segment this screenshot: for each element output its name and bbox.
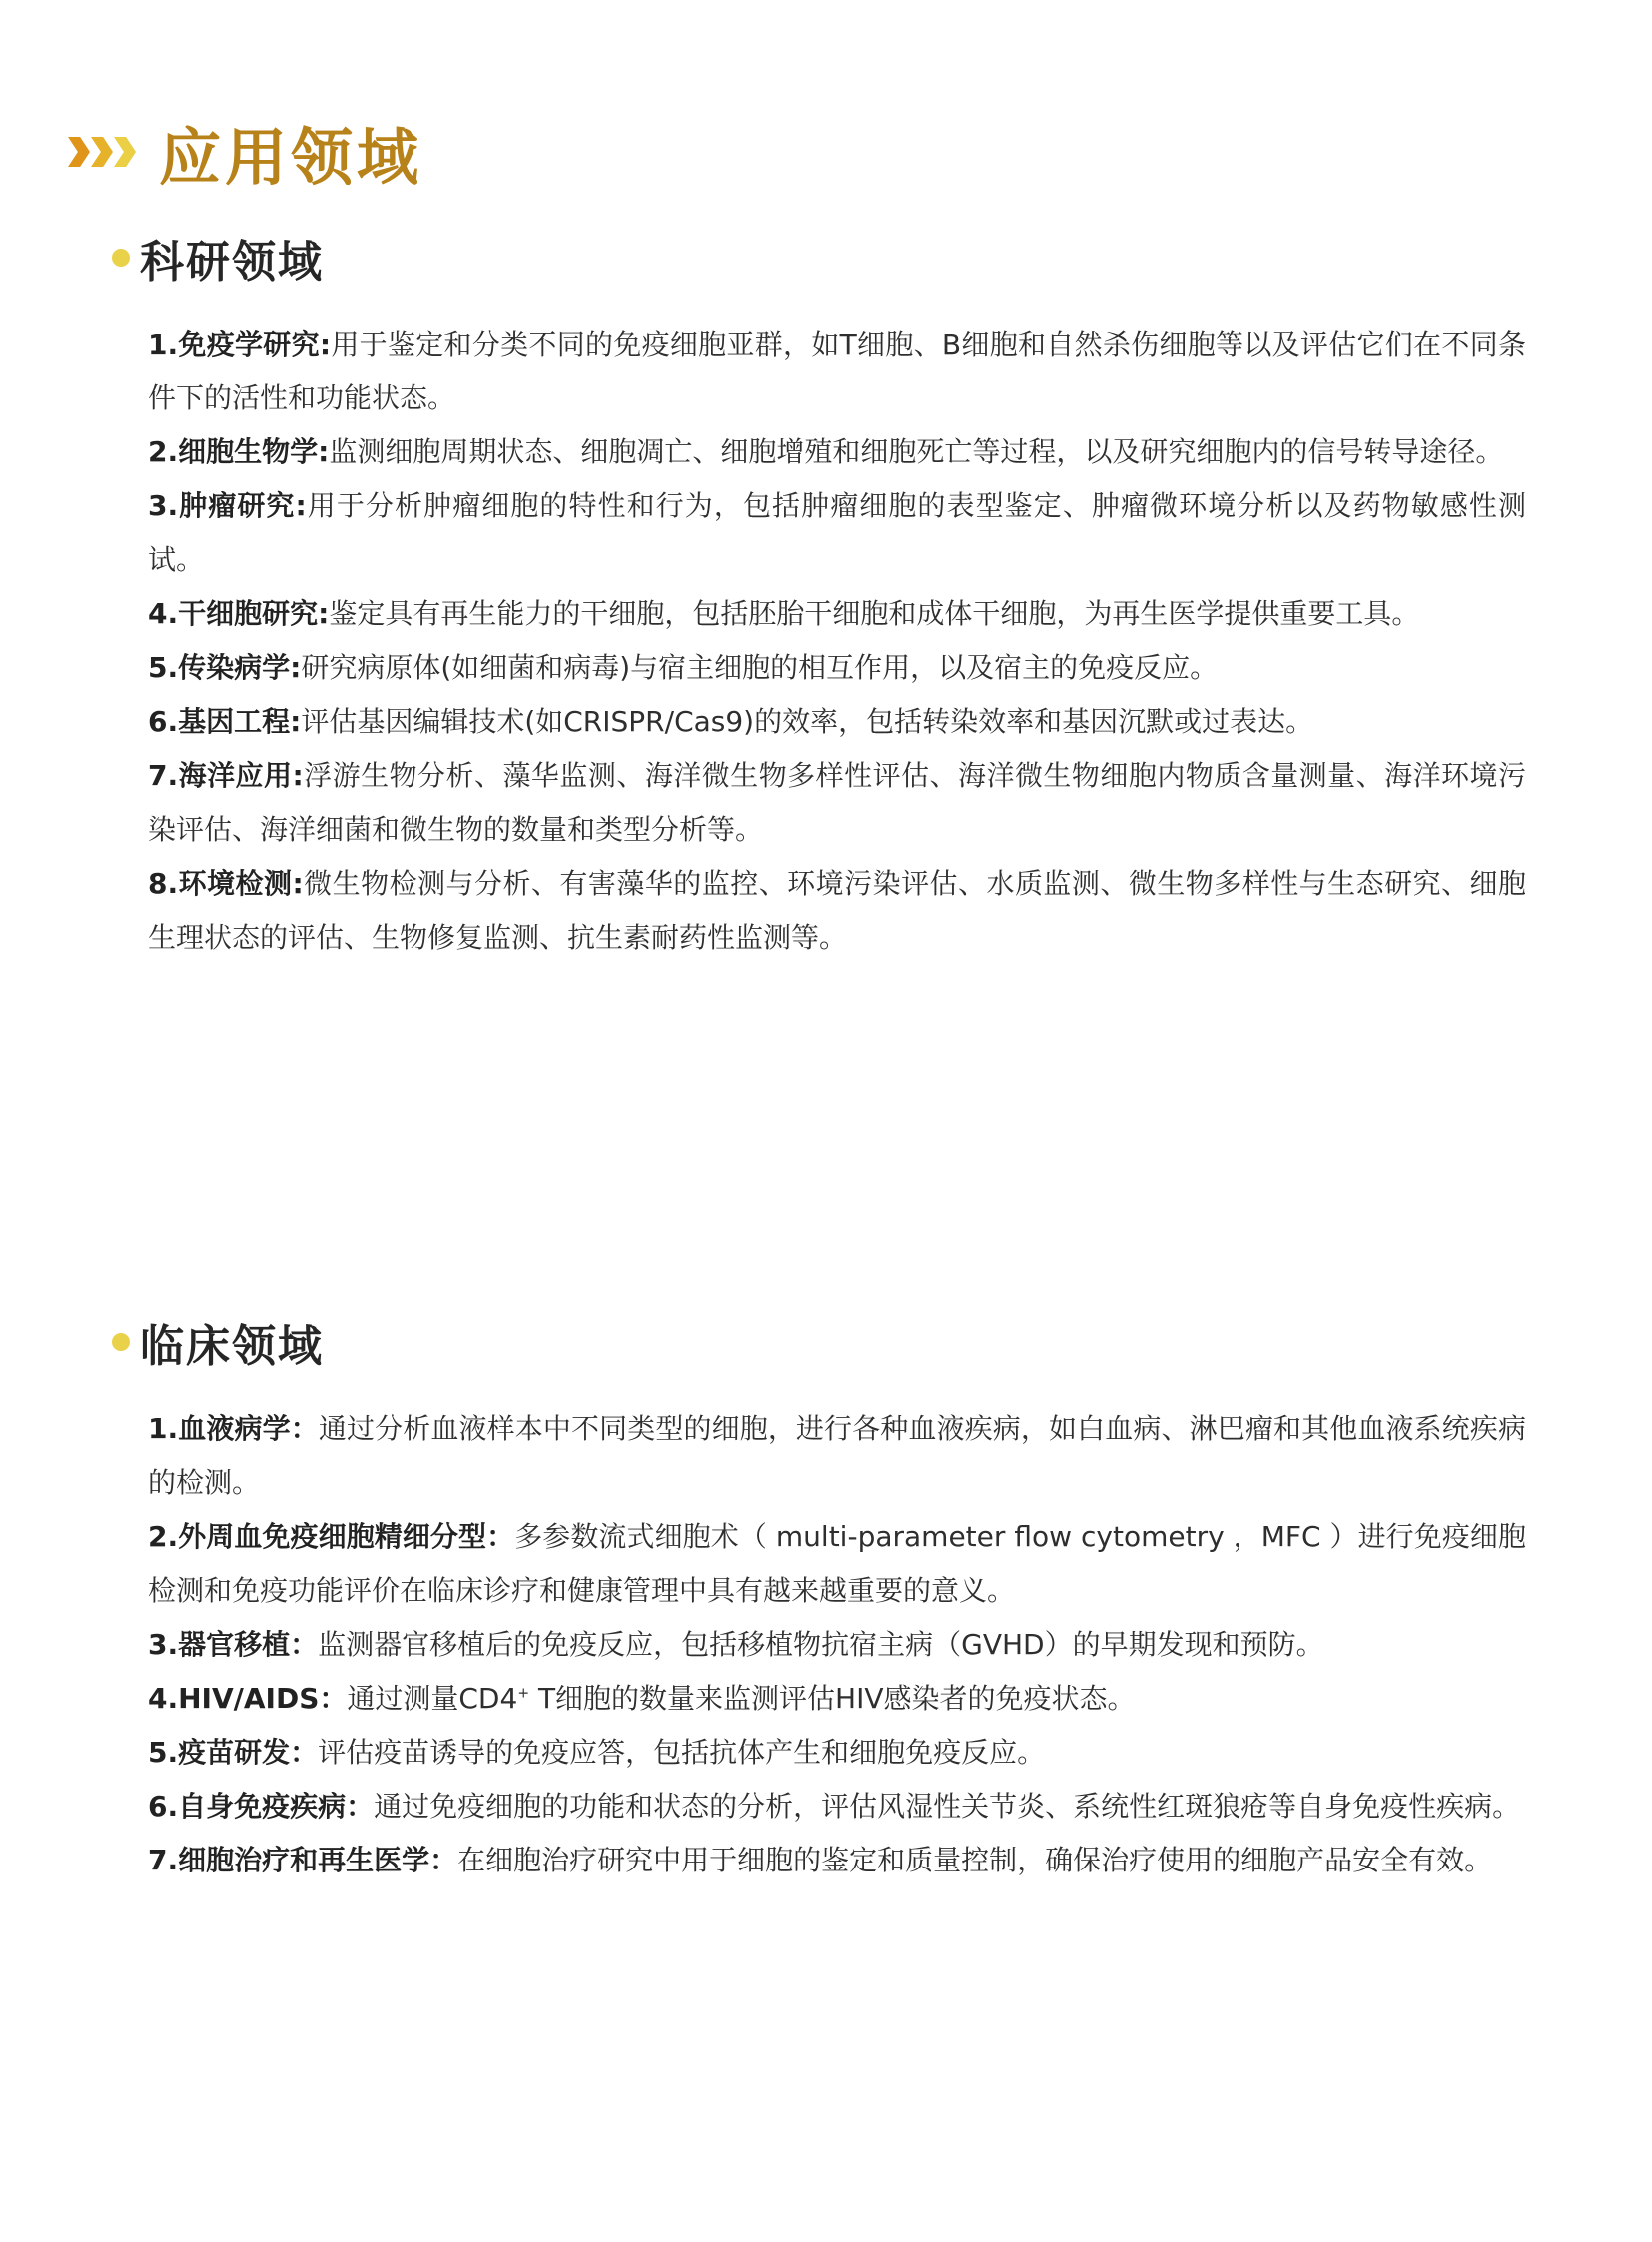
item-label: 5.疫苗研发： [148, 1736, 318, 1769]
item-text: 监测细胞周期状态、细胞凋亡、细胞增殖和细胞死亡等过程，以及研究细胞内的信号转导途… [329, 435, 1503, 468]
list-item: 6.基因工程:评估基因编辑技术(如CRISPR/Cas9)的效率，包括转染效率和… [148, 695, 1526, 749]
item-label: 1.免疫学研究: [148, 328, 331, 361]
list-item: 1.血液病学：通过分析血液样本中不同类型的细胞，进行各种血液疾病，如白血病、淋巴… [148, 1402, 1526, 1510]
item-text: 研究病原体(如细菌和病毒)与宿主细胞的相互作用，以及宿主的免疫反应。 [301, 651, 1218, 684]
item-text: 通过免疫细胞的功能和状态的分析，评估风湿性关节炎、系统性红斑狼疮等自身免疫性疾病… [374, 1790, 1520, 1823]
item-text: T细胞的数量来监测评估HIV感染者的免疫状态。 [529, 1682, 1135, 1715]
item-label: 6.基因工程: [148, 705, 301, 738]
research-list: 1.免疫学研究:用于鉴定和分类不同的免疫细胞亚群，如T细胞、B细胞和自然杀伤细胞… [148, 318, 1526, 965]
item-label: 6.自身免疫疾病： [148, 1790, 374, 1823]
item-text: 评估基因编辑技术(如CRISPR/Cas9)的效率，包括转染效率和基因沉默或过表… [301, 705, 1313, 738]
item-text: 浮游生物分析、藻华监测、海洋微生物多样性评估、海洋微生物细胞内物质含量测量、海洋… [148, 759, 1526, 846]
list-item: 5.传染病学:研究病原体(如细菌和病毒)与宿主细胞的相互作用，以及宿主的免疫反应… [148, 641, 1526, 695]
superscript: + [517, 1686, 529, 1702]
item-text: 通过测量CD4 [347, 1682, 517, 1715]
section-heading-clinical: 临床领域 [112, 1310, 324, 1374]
bullet-dot-icon [112, 249, 130, 267]
item-label: 8.环境检测: [148, 867, 304, 900]
item-label: 5.传染病学: [148, 651, 301, 684]
list-item: 2.外周血免疫细胞精细分型：多参数流式细胞术（ multi-parameter … [148, 1510, 1526, 1618]
item-text: 用于分析肿瘤细胞的特性和行为，包括肿瘤细胞的表型鉴定、肿瘤微环境分析以及药物敏感… [148, 489, 1526, 576]
section-heading-text: 临床领域 [140, 1310, 324, 1374]
item-text: 通过分析血液样本中不同类型的细胞，进行各种血液疾病，如白血病、淋巴瘤和其他血液系… [148, 1412, 1526, 1499]
section-heading-research: 科研领域 [112, 226, 324, 290]
item-text: 用于鉴定和分类不同的免疫细胞亚群，如T细胞、B细胞和自然杀伤细胞等以及评估它们在… [148, 328, 1526, 414]
list-item: 2.细胞生物学:监测细胞周期状态、细胞凋亡、细胞增殖和细胞死亡等过程，以及研究细… [148, 425, 1526, 479]
item-text: 评估疫苗诱导的免疫应答，包括抗体产生和细胞免疫反应。 [318, 1736, 1045, 1769]
item-label: 4.干细胞研究: [148, 597, 329, 630]
chevron-right-icon [114, 137, 136, 167]
item-label: 1.血液病学： [148, 1412, 319, 1445]
list-item: 6.自身免疫疾病：通过免疫细胞的功能和状态的分析，评估风湿性关节炎、系统性红斑狼… [148, 1780, 1526, 1834]
item-label: 7.海洋应用: [148, 759, 304, 792]
list-item: 4.HIV/AIDS：通过测量CD4+ T细胞的数量来监测评估HIV感染者的免疫… [148, 1672, 1526, 1726]
list-item: 5.疫苗研发：评估疫苗诱导的免疫应答，包括抗体产生和细胞免疫反应。 [148, 1726, 1526, 1780]
item-text: 在细胞治疗研究中用于细胞的鉴定和质量控制，确保治疗使用的细胞产品安全有效。 [457, 1844, 1492, 1876]
item-label: 2.细胞生物学: [148, 435, 329, 468]
item-text: 监测器官移植后的免疫反应，包括移植物抗宿主病（GVHD）的早期发现和预防。 [318, 1628, 1323, 1661]
item-label: 7.细胞治疗和再生医学： [148, 1844, 457, 1876]
list-item: 3.器官移植：监测器官移植后的免疫反应，包括移植物抗宿主病（GVHD）的早期发现… [148, 1618, 1526, 1672]
chevron-right-icon [91, 137, 113, 167]
list-item: 3.肿瘤研究:用于分析肿瘤细胞的特性和行为，包括肿瘤细胞的表型鉴定、肿瘤微环境分… [148, 479, 1526, 587]
triple-chevron-right-icon [68, 137, 137, 167]
list-item: 1.免疫学研究:用于鉴定和分类不同的免疫细胞亚群，如T细胞、B细胞和自然杀伤细胞… [148, 318, 1526, 425]
list-item: 8.环境检测:微生物检测与分析、有害藻华的监控、环境污染评估、水质监测、微生物多… [148, 857, 1526, 965]
item-label: 2.外周血免疫细胞精细分型： [148, 1520, 514, 1553]
list-item: 7.海洋应用:浮游生物分析、藻华监测、海洋微生物多样性评估、海洋微生物细胞内物质… [148, 749, 1526, 857]
item-label: 3.器官移植： [148, 1628, 318, 1661]
chevron-right-icon [68, 137, 90, 167]
list-item: 4.干细胞研究:鉴定具有再生能力的干细胞，包括胚胎干细胞和成体干细胞，为再生医学… [148, 587, 1526, 641]
section-heading-text: 科研领域 [140, 226, 324, 290]
item-text: 鉴定具有再生能力的干细胞，包括胚胎干细胞和成体干细胞，为再生医学提供重要工具。 [329, 597, 1419, 630]
bullet-dot-icon [112, 1333, 130, 1351]
list-item: 7.细胞治疗和再生医学：在细胞治疗研究中用于细胞的鉴定和质量控制，确保治疗使用的… [148, 1834, 1526, 1887]
page-title: 应用领域 [68, 112, 422, 192]
clinical-list: 1.血液病学：通过分析血液样本中不同类型的细胞，进行各种血液疾病，如白血病、淋巴… [148, 1402, 1526, 1887]
item-label: 4.HIV/AIDS： [148, 1682, 347, 1715]
item-label: 3.肿瘤研究: [148, 489, 307, 522]
page-title-text: 应用领域 [159, 108, 422, 197]
item-text: 微生物检测与分析、有害藻华的监控、环境污染评估、水质监测、微生物多样性与生态研究… [148, 867, 1526, 954]
